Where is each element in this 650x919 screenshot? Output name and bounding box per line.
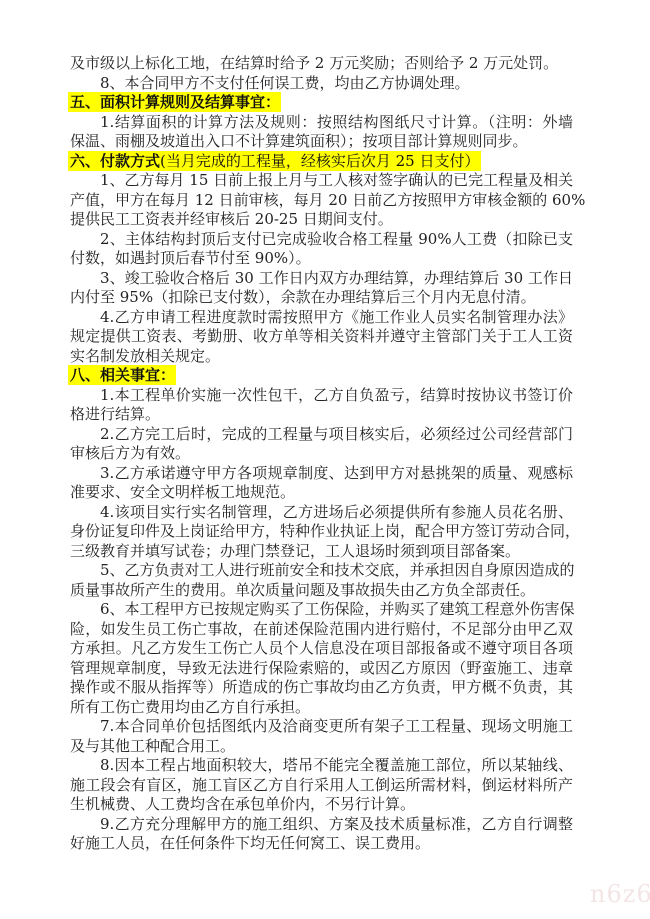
text-line: 5、乙方负责对工人进行班前安全和技术交底，并承担因自身原因造成的 xyxy=(70,561,573,581)
text-line: 保温、雨棚及坡道出入口不计算建筑面积）；按项目部计算规则同步。 xyxy=(70,132,573,152)
text-line: 管理规章制度，导致无法进行保险索赔的，或因乙方原因（野蛮施工、违章 xyxy=(70,659,573,679)
paragraph: 1、乙方每月 15 日前上报上月与工人核对签字确认的已完工程量及相关 产值，甲方… xyxy=(70,171,573,230)
text-line: 审核后方为有效。 xyxy=(70,444,573,464)
text-line: 内付至 95%（扣除已支付数），余款在办理结算后三个月内无息付清。 xyxy=(70,288,573,308)
text-line: 操作或不服从指挥等）所造成的伤亡事故均由乙方负责，甲方概不负责，其 xyxy=(70,678,573,698)
paragraph: 1.本工程单价实施一次性包干，乙方自负盈亏，结算时按协议书签订价 格进行结算。 xyxy=(70,386,573,425)
section-payment-method: 六、付款方式(当月完成的工程量，经核实后次月 25 日支付） 1、乙方每月 15… xyxy=(70,152,573,367)
text-line: 险，如发生员工伤亡事故，在前述保险范围内进行赔付，不足部分由甲乙双 xyxy=(70,620,573,640)
paragraph: 3、竣工验收合格后 30 工作日内双方办理结算，办理结算后 30 工作日 内付至… xyxy=(70,269,573,308)
text-line: 1.本工程单价实施一次性包干，乙方自负盈亏，结算时按协议书签订价 xyxy=(70,386,573,406)
text-line: 质量事故所产生的费用。单次质量问题及事故损失由乙方负全部责任。 xyxy=(70,581,573,601)
paragraph: 2.乙方完工后时，完成的工程量与项目核实后，必须经过公司经营部门 审核后方为有效… xyxy=(70,425,573,464)
paragraph: 6、本工程甲方已按规定购买了工伤保险，并购买了建筑工程意外伤害保 险，如发生员工… xyxy=(70,600,573,717)
paragraph: 4.该项目实行实名制管理，乙方进场后必须提供所有参施人员花名册、 身份证复印件及… xyxy=(70,503,573,562)
text-line: 三级教育并填写试卷；办理门禁登记，工人退场时须到项目部备案。 xyxy=(70,542,573,562)
section-related-matters: 八、相关事宜： 1.本工程单价实施一次性包干，乙方自负盈亏，结算时按协议书签订价… xyxy=(70,366,573,854)
paragraph: 1.结算面积的计算方法及规则：按照结构图纸尺寸计算。（注明：外墙 保温、雨棚及坡… xyxy=(70,113,573,152)
text-line: 9.乙方充分理解甲方的施工组织、方案及技术质量标准，乙方自行调整 xyxy=(70,815,573,835)
text-line: 及与其他工种配合用工。 xyxy=(70,737,573,757)
heading-title: 六、付款方式 xyxy=(70,152,160,170)
paragraph: 4.乙方申请工程进度款时需按照甲方《施工作业人员实名制管理办法》 规定提供工资表… xyxy=(70,308,573,367)
text-line: 格进行结算。 xyxy=(70,405,573,425)
text-line: 方承担。凡乙方发生工伤亡人员个人信息没在项目部报备或不遵守项目各项 xyxy=(70,639,573,659)
text-line: 身份证复印件及上岗证给甲方，特种作业执证上岗，配合甲方签订劳动合同， xyxy=(70,522,573,542)
section-continuation: 及市级以上标化工地，在结算时给予 2 万元奖励；否则给予 2 万元处罚。 8、本… xyxy=(70,54,573,93)
paragraph: 7.本合同单价包括图纸内及洽商变更所有架子工工程量、现场文明施工 及与其他工种配… xyxy=(70,717,573,756)
section-heading: 八、相关事宜： xyxy=(70,366,573,386)
text-line: 产值，甲方在每月 12 日前审核，每月 20 日前乙方按照甲方审核金额的 60% xyxy=(70,191,573,211)
text-line: 8、本合同甲方不支付任何误工费，均由乙方协调处理。 xyxy=(70,74,573,94)
text-line: 规定提供工资表、考勤册、收方单等相关资料并遵守主管部门关于工人工资 xyxy=(70,327,573,347)
document-page: 及市级以上标化工地，在结算时给予 2 万元奖励；否则给予 2 万元处罚。 8、本… xyxy=(70,54,573,854)
paragraph: 8、本合同甲方不支付任何误工费，均由乙方协调处理。 xyxy=(70,74,573,94)
text-line: 1.结算面积的计算方法及规则：按照结构图纸尺寸计算。（注明：外墙 xyxy=(70,113,573,133)
text-line: 实名制发放相关规定。 xyxy=(70,347,573,367)
text-line: 1、乙方每月 15 日前上报上月与工人核对签字确认的已完工程量及相关 xyxy=(70,171,573,191)
section-area-calculation: 五、面积计算规则及结算事宜： 1.结算面积的计算方法及规则：按照结构图纸尺寸计算… xyxy=(70,93,573,152)
text-line: 4.该项目实行实名制管理，乙方进场后必须提供所有参施人员花名册、 xyxy=(70,503,573,523)
heading-note: (当月完成的工程量，经核实后次月 25 日支付） xyxy=(160,152,479,170)
heading-title: 五、面积计算规则及结算事宜： xyxy=(70,93,280,111)
highlight-mark: 五、面积计算规则及结算事宜： xyxy=(68,92,281,112)
paragraph: 2、主体结构封顶后支付已完成验收合格工程量 90%人工费（扣除已支 付数，如遇封… xyxy=(70,230,573,269)
text-line: 好施工人员，在任何条件下均无任何窝工、误工费用。 xyxy=(70,834,573,854)
text-line: 2.乙方完工后时，完成的工程量与项目核实后，必须经过公司经营部门 xyxy=(70,425,573,445)
watermark: n6z6 xyxy=(590,880,650,908)
text-line: 所有工伤亡费用均由乙方自行承担。 xyxy=(70,698,573,718)
text-line: 付数，如遇封顶后春节付至 90%）。 xyxy=(70,249,573,269)
text-line: 4.乙方申请工程进度款时需按照甲方《施工作业人员实名制管理办法》 xyxy=(70,308,573,328)
paragraph: 8.因本工程占地面积较大，塔吊不能完全覆盖施工部位，所以某轴线、 施工段会有盲区… xyxy=(70,756,573,815)
highlight-mark: 六、付款方式(当月完成的工程量，经核实后次月 25 日支付） xyxy=(68,151,481,171)
text-line: 3.乙方承诺遵守甲方各项规章制度、达到甲方对悬挑架的质量、观感标 xyxy=(70,464,573,484)
highlight-mark: 八、相关事宜： xyxy=(68,365,176,385)
paragraph: 9.乙方充分理解甲方的施工组织、方案及技术质量标准，乙方自行调整 好施工人员，在… xyxy=(70,815,573,854)
text-line: 提供民工工资表并经审核后 20-25 日期间支付。 xyxy=(70,210,573,230)
text-line: 施工段会有盲区，施工盲区乙方自行采用人工倒运所需材料，倒运材料所产 xyxy=(70,776,573,796)
text-line: 6、本工程甲方已按规定购买了工伤保险，并购买了建筑工程意外伤害保 xyxy=(70,600,573,620)
text-line: 8.因本工程占地面积较大，塔吊不能完全覆盖施工部位，所以某轴线、 xyxy=(70,756,573,776)
text-line: 3、竣工验收合格后 30 工作日内双方办理结算，办理结算后 30 工作日 xyxy=(70,269,573,289)
paragraph: 5、乙方负责对工人进行班前安全和技术交底，并承担因自身原因造成的 质量事故所产生… xyxy=(70,561,573,600)
paragraph: 及市级以上标化工地，在结算时给予 2 万元奖励；否则给予 2 万元处罚。 xyxy=(70,54,573,74)
paragraph: 3.乙方承诺遵守甲方各项规章制度、达到甲方对悬挑架的质量、观感标 准要求、安全文… xyxy=(70,464,573,503)
text-line: 及市级以上标化工地，在结算时给予 2 万元奖励；否则给予 2 万元处罚。 xyxy=(70,54,573,74)
text-line: 2、主体结构封顶后支付已完成验收合格工程量 90%人工费（扣除已支 xyxy=(70,230,573,250)
heading-title: 八、相关事宜： xyxy=(70,366,175,384)
section-heading: 五、面积计算规则及结算事宜： xyxy=(70,93,573,113)
section-heading: 六、付款方式(当月完成的工程量，经核实后次月 25 日支付） xyxy=(70,152,573,172)
text-line: 准要求、安全文明样板工地规范。 xyxy=(70,483,573,503)
text-line: 生机械费、人工费均含在承包单价内，不另行计算。 xyxy=(70,795,573,815)
text-line: 7.本合同单价包括图纸内及洽商变更所有架子工工程量、现场文明施工 xyxy=(70,717,573,737)
